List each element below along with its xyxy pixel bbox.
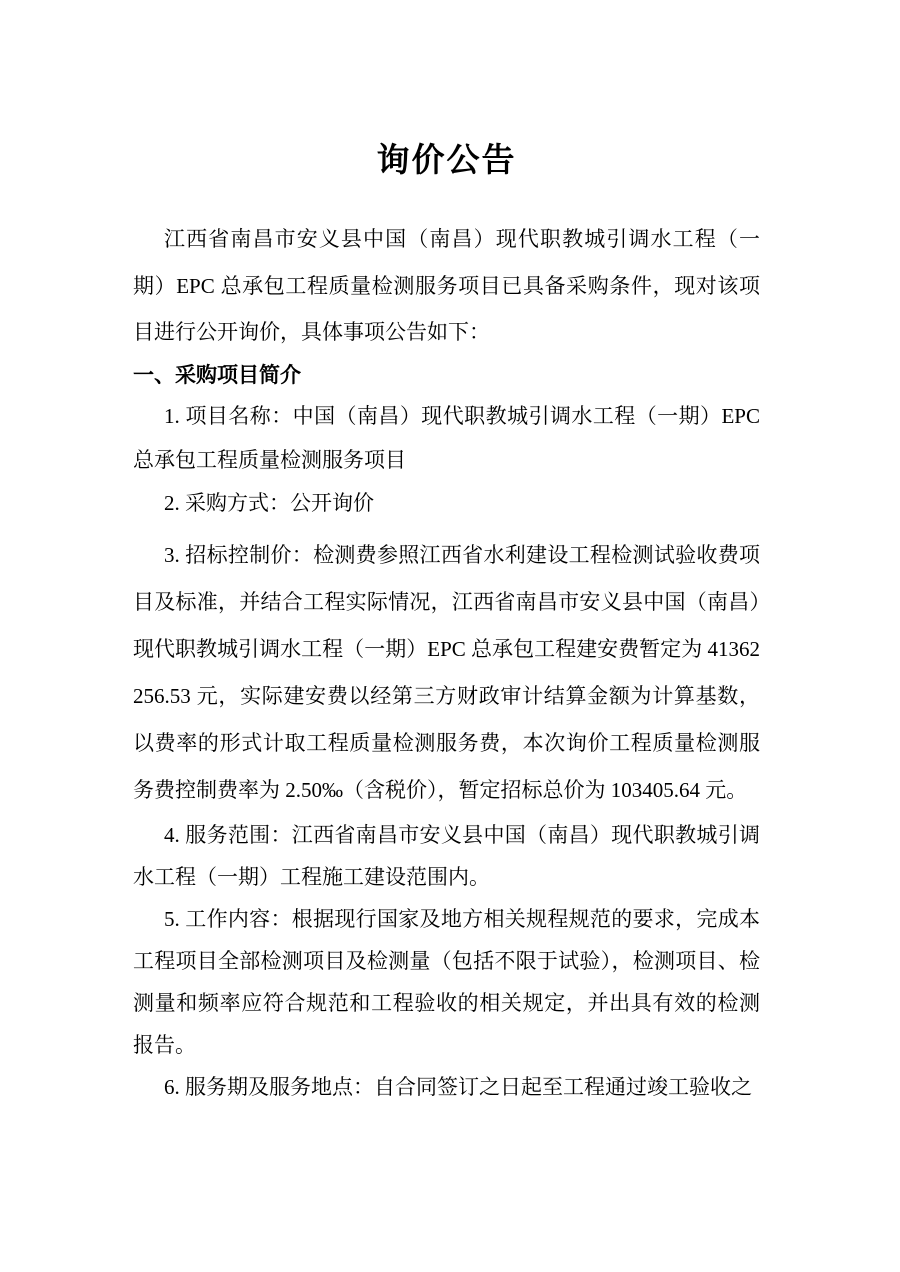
item-2-procurement-method: 2. 采购方式：公开询价 xyxy=(133,482,760,524)
item-5-work-content: 5. 工作内容：根据现行国家及地方相关规程规范的要求，完成本工程项目全部检测项目… xyxy=(133,898,760,1066)
item-1-project-name: 1. 项目名称：中国（南昌）现代职教城引调水工程（一期）EPC 总承包工程质量检… xyxy=(133,394,760,482)
item-4-service-scope: 4. 服务范围：江西省南昌市安义县中国（南昌）现代职教城引调水工程（一期）工程施… xyxy=(133,814,760,898)
intro-paragraph: 江西省南昌市安义县中国（南昌）现代职教城引调水工程（一期）EPC 总承包工程质量… xyxy=(133,216,760,356)
section-1-heading: 一、采购项目简介 xyxy=(133,356,760,394)
item-3-bid-control-price: 3. 招标控制价：检测费参照江西省水利建设工程检测试验收费项目及标准，并结合工程… xyxy=(133,532,760,814)
item-6-service-period: 6. 服务期及服务地点：自合同签订之日起至工程通过竣工验收之 xyxy=(133,1066,760,1108)
document-title: 询价公告 xyxy=(133,138,760,184)
document-page: 询价公告 江西省南昌市安义县中国（南昌）现代职教城引调水工程（一期）EPC 总承… xyxy=(0,0,900,1272)
